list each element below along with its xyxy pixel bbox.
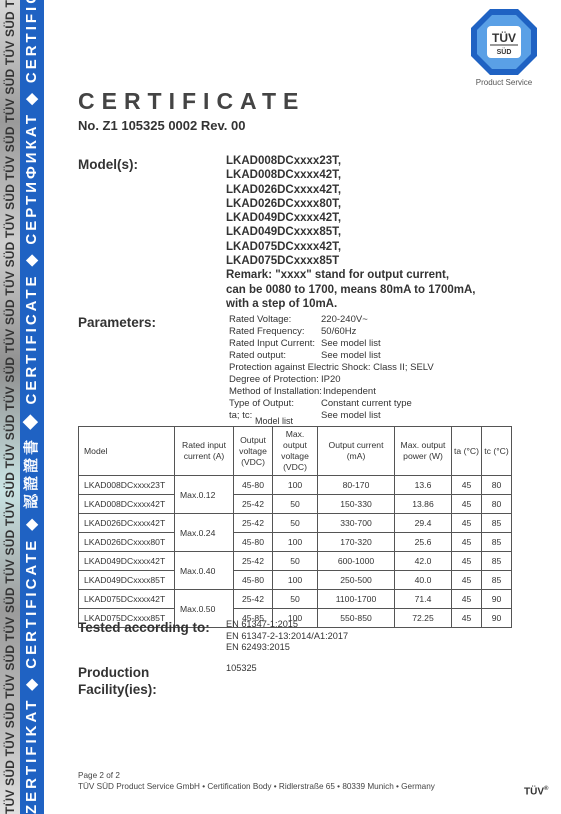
table-header-row: Model Rated input current (A) Output vol… xyxy=(79,427,512,476)
standard-item: EN 62493:2015 xyxy=(226,642,348,654)
model-item: LKAD008DCxxxx42T, xyxy=(226,168,476,182)
table-row: LKAD026DCxxxx42TMax.0.2425-4250330-70029… xyxy=(79,514,512,533)
standards-list: EN 61347-1:2015 EN 61347-2-13:2014/A1:20… xyxy=(226,619,348,654)
tuv-sud-logo-icon: TÜV SÜD xyxy=(470,8,538,76)
models-label: Model(s): xyxy=(78,157,138,172)
facility-label: Production Facility(ies): xyxy=(78,664,157,698)
models-remark: can be 0080 to 1700, means 80mA to 1700m… xyxy=(226,283,476,297)
model-item: LKAD008DCxxxx23T, xyxy=(226,154,476,168)
parameter-row: Method of Installation:Independent xyxy=(229,386,434,398)
model-item: LKAD049DCxxxx42T, xyxy=(226,211,476,225)
footer-tuv-logo: TÜV® xyxy=(524,786,548,797)
parameters-label: Parameters: xyxy=(78,315,156,330)
certificate-title: CERTIFICATE xyxy=(78,88,305,115)
parameter-row: Rated Voltage:220-240V~ xyxy=(229,314,434,326)
model-item: LKAD026DCxxxx42T, xyxy=(226,183,476,197)
models-remark: Remark: "xxxx" stand for output current, xyxy=(226,268,476,282)
certificate-number: No. Z1 105325 0002 Rev. 00 xyxy=(78,118,245,133)
parameter-row: Rated Frequency:50/60Hz xyxy=(229,326,434,338)
table-row: LKAD026DCxxxx80T45-80100170-32025.64585 xyxy=(79,533,512,552)
footer-address: TÜV SÜD Product Service GmbH • Certifica… xyxy=(78,782,435,793)
table-row: LKAD008DCxxxx42T25-4250150-33013.864580 xyxy=(79,495,512,514)
standard-item: EN 61347-1:2015 xyxy=(226,619,348,631)
logo-caption: Product Service xyxy=(460,78,548,87)
table-row: LKAD049DCxxxx85T45-80100250-50040.04585 xyxy=(79,571,512,590)
model-item: LKAD075DCxxxx85T xyxy=(226,254,476,268)
svg-text:TÜV: TÜV xyxy=(492,30,516,45)
tested-label: Tested according to: xyxy=(78,620,210,635)
parameter-row: Type of Output:Constant current type xyxy=(229,398,434,410)
footer: Page 2 of 2 TÜV SÜD Product Service GmbH… xyxy=(78,771,435,792)
parameter-row: Rated Input Current:See model list xyxy=(229,338,434,350)
model-list-table: Model Rated input current (A) Output vol… xyxy=(78,426,512,628)
table-row: LKAD075DCxxxx42TMax.0.5025-42501100-1700… xyxy=(79,590,512,609)
parameters-list: Rated Voltage:220-240V~ Rated Frequency:… xyxy=(229,314,434,422)
svg-text:SÜD: SÜD xyxy=(497,47,512,56)
model-item: LKAD049DCxxxx85T, xyxy=(226,225,476,239)
parameter-row: Degree of Protection:IP20 xyxy=(229,374,434,386)
side-banner-strip: ZERTIFIKAT ◆ CERTIFICATE ◆ 認證證書 ◆ CERTIF… xyxy=(20,0,44,814)
parameter-row: Rated output:See model list xyxy=(229,350,434,362)
model-list-title: Model list xyxy=(255,416,293,426)
models-remark: with a step of 10mA. xyxy=(226,297,476,311)
side-brand-text: TÜV SÜD TÜV SÜD TÜV SÜD TÜV SÜD TÜV SÜD … xyxy=(0,0,20,814)
table-row: LKAD049DCxxxx42TMax.0.4025-4250600-10004… xyxy=(79,552,512,571)
side-banner-text: ZERTIFIKAT ◆ CERTIFICATE ◆ 認證證書 ◆ CERTIF… xyxy=(20,0,44,814)
facility-value: 105325 xyxy=(226,663,257,673)
side-brand-strip: TÜV SÜD TÜV SÜD TÜV SÜD TÜV SÜD TÜV SÜD … xyxy=(0,0,20,814)
page-number: Page 2 of 2 xyxy=(78,771,435,782)
models-list: LKAD008DCxxxx23T, LKAD008DCxxxx42T, LKAD… xyxy=(226,154,476,311)
parameter-row: Protection against Electric Shock: Class… xyxy=(229,362,434,374)
model-item: LKAD026DCxxxx80T, xyxy=(226,197,476,211)
model-item: LKAD075DCxxxx42T, xyxy=(226,240,476,254)
table-row: LKAD008DCxxxx23TMax.0.1245-8010080-17013… xyxy=(79,476,512,495)
standard-item: EN 61347-2-13:2014/A1:2017 xyxy=(226,631,348,643)
